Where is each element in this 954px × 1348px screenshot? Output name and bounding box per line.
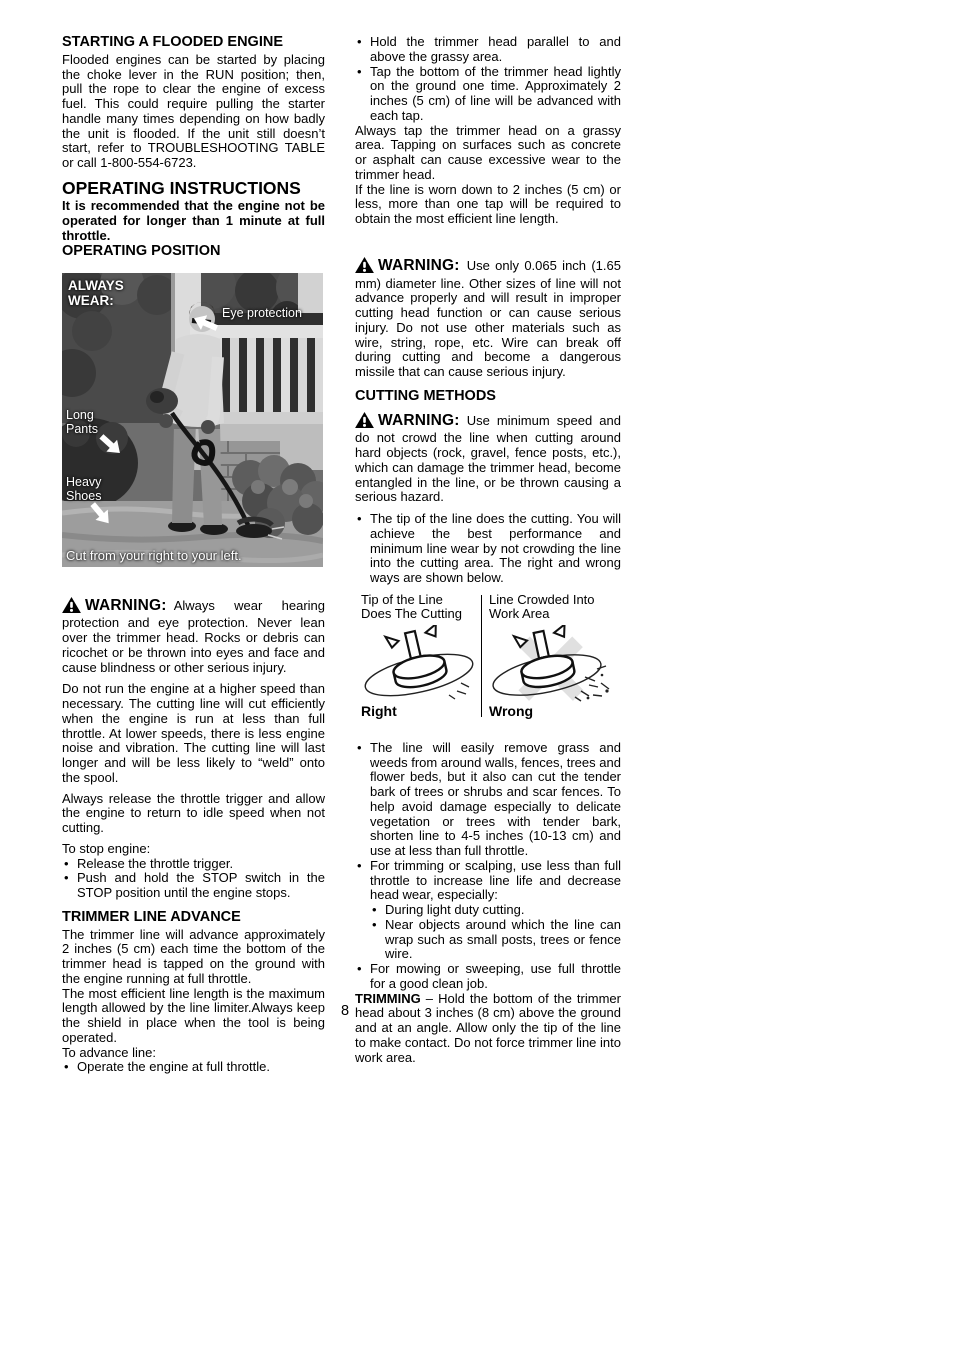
right-label: Right [361,704,479,720]
tap-procedure-bullet: Hold the trimmer head parallel to and ab… [355,35,621,65]
caption-line: Does The Cutting [361,607,479,621]
heading-operating-position: OPERATING POSITION [62,244,325,260]
bullet-text: The tip of the line does the cutting. Yo… [370,511,621,585]
stop-engine-intro: To stop engine: [62,842,325,857]
page-number: 8 [341,1003,349,1019]
throttle-limit-note: It is recommended that the engine not be… [62,199,325,243]
advance-line-intro: To advance line: [62,1046,325,1061]
bullet-text: Near objects around which the line can w… [385,917,621,962]
wrong-way-figure [489,625,615,703]
photo-label-long-pants: Long Pants [66,408,110,436]
bullet-text: During light duty cutting. [385,902,524,917]
right-way-caption: Tip of the Line Does The Cutting [361,593,479,622]
warning-label: WARNING: [378,412,460,429]
bullet-text: For trimming or scalping, use less than … [370,858,621,903]
photo-label-heavy-shoes: Heavy Shoes [66,475,118,503]
line-length-paragraph: The most efficient line length is the ma… [62,987,325,1046]
warning-triangle-icon [62,597,81,617]
wrong-label: Wrong [489,704,619,720]
tip-cutting-bullet: The tip of the line does the cutting. Yo… [355,512,621,586]
stop-engine-bullet: Push and hold the STOP switch in the STO… [62,871,325,901]
cutting-methods-diagram: Tip of the Line Does The Cutting Right [355,593,621,729]
warning-line-diameter: WARNING:Use only 0.065 inch (1.65 mm) di… [355,257,621,380]
mowing-sweeping-bullet: For mowing or sweeping, use full throttl… [355,962,621,992]
trimming-paragraph: TRIMMING – Hold the bottom of the trimme… [355,992,621,1066]
heading-cutting-methods: CUTTING METHODS [355,389,621,405]
caption-line: Work Area [489,607,619,621]
wrong-way-caption: Line Crowded Into Work Area [489,593,619,622]
worn-line-paragraph: If the line is worn down to 2 inches (5 … [355,183,621,227]
heading-operating-instructions: OPERATING INSTRUCTIONS [62,179,325,197]
near-objects-sub-bullet: Near objects around which the line can w… [370,918,621,962]
bullet-text: Push and hold the STOP switch in the STO… [77,870,325,900]
throttle-release-paragraph: Always release the throttle trigger and … [62,792,325,836]
bullet-text: Release the throttle trigger. [77,856,233,871]
bullet-text: The line will easily remove grass and we… [370,740,621,858]
photo-label-always-wear: ALWAYS WEAR: [68,278,152,308]
right-way-panel: Tip of the Line Does The Cutting Right [361,593,479,720]
photo-caption: Cut from your right to your left. [66,549,321,564]
grass-removal-bullet: The line will easily remove grass and we… [355,741,621,859]
flooded-engine-paragraph: Flooded engines can be started by placin… [62,53,325,171]
warning-triangle-icon [355,412,374,432]
warning-label: WARNING: [378,257,460,274]
heading-starting-flooded-engine: STARTING A FLOODED ENGINE [62,35,325,51]
caption-line: Line Crowded Into [489,593,619,607]
tap-procedure-bullet: Tap the bottom of the trimmer head light… [355,65,621,124]
warning-hearing-protection: WARNING:Always wear hearing protection a… [62,597,325,676]
line-advance-paragraph: The trimmer line will advance approximat… [62,928,325,987]
trimming-scalping-bullet: For trimming or scalping, use less than … [355,859,621,903]
photo-label-eye-protection: Eye protection [222,306,302,320]
warning-text: Use only 0.065 inch (1.65 mm) diameter l… [355,258,621,379]
advance-line-bullet: Operate the engine at full throttle. [62,1060,325,1075]
operating-position-photo: ALWAYS WEAR: Eye protection Long Pants H… [62,273,323,567]
bullet-text: For mowing or sweeping, use full throttl… [370,961,621,991]
stop-engine-bullet: Release the throttle trigger. [62,857,325,872]
warning-triangle-icon [355,257,374,277]
bullet-text: Operate the engine at full throttle. [77,1059,270,1074]
left-column: STARTING A FLOODED ENGINE Flooded engine… [62,35,325,1075]
warning-label: WARNING: [85,597,167,614]
bullet-text: Hold the trimmer head parallel to and ab… [370,34,621,64]
warning-minimum-speed: WARNING:Use minimum speed and do not cro… [355,412,621,506]
engine-speed-paragraph: Do not run the engine at a higher speed … [62,682,325,785]
heading-trimmer-line-advance: TRIMMER LINE ADVANCE [62,910,325,926]
wrong-way-panel: Line Crowded Into Work Area [489,593,619,720]
right-column: Hold the trimmer head parallel to and ab… [355,35,621,1065]
diagram-divider [481,595,482,717]
trimming-term: TRIMMING [355,991,421,1006]
light-duty-sub-bullet: During light duty cutting. [370,903,621,918]
right-way-figure [361,625,477,703]
bullet-text: Tap the bottom of the trimmer head light… [370,64,621,123]
grassy-area-paragraph: Always tap the trimmer head on a grassy … [355,124,621,183]
caption-line: Tip of the Line [361,593,479,607]
